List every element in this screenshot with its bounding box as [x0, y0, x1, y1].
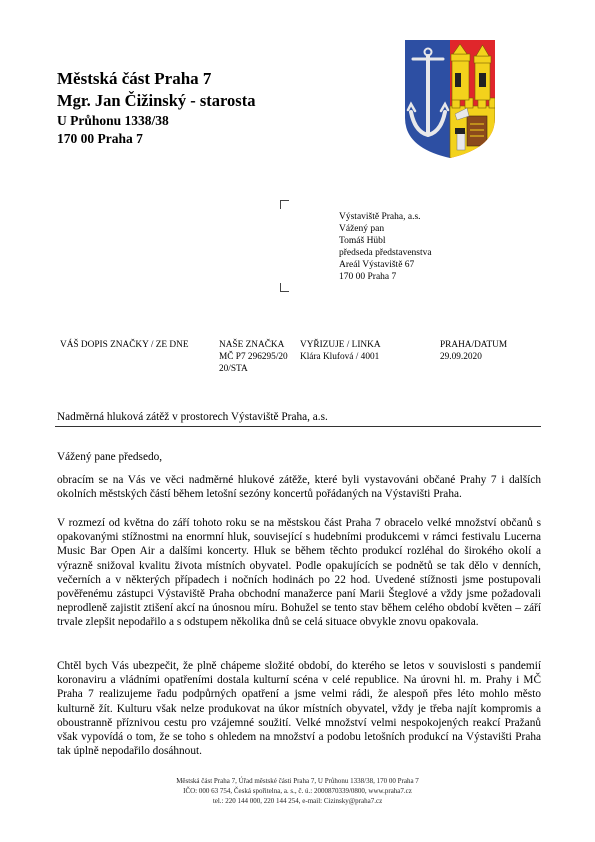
- footer-line: IČO: 000 63 754, Česká spořitelna, a. s.…: [100, 786, 495, 796]
- our-reference-value: MČ P7 296295/2020/STA: [219, 351, 289, 375]
- date-value: 29.09.2020: [440, 351, 507, 363]
- your-reference-label: VÁŠ DOPIS ZNAČKY / ZE DNE: [60, 339, 189, 351]
- footer-line: Městská část Praha 7, Úřad městské části…: [100, 776, 495, 786]
- salutation: Vážený pane předsedo,: [57, 451, 162, 463]
- recipient-line: Areál Výstaviště 67: [339, 259, 432, 271]
- letterhead-office: Městská část Praha 7: [57, 70, 211, 87]
- letterhead-city: 170 00 Praha 7: [57, 132, 143, 146]
- address-window-corner-top-left: [280, 200, 289, 209]
- page-footer: Městská část Praha 7, Úřad městské části…: [100, 776, 495, 806]
- recipient-line: Výstaviště Praha, a.s.: [339, 211, 432, 223]
- recipient-line: Vážený pan: [339, 223, 432, 235]
- body-paragraph: obracím se na Vás ve věci nadměrné hluko…: [57, 473, 541, 501]
- handled-by-value: Klára Klufová / 4001: [300, 351, 381, 363]
- recipient-line: předseda představenstva: [339, 247, 432, 259]
- footer-line: tel.: 220 144 000, 220 144 254, e-mail: …: [100, 796, 495, 806]
- recipient-address: Výstaviště Praha, a.s. Vážený pan Tomáš …: [339, 211, 432, 284]
- date-block: PRAHA/DATUM 29.09.2020: [440, 339, 507, 363]
- handled-by: VYŘIZUJE / LINKA Klára Klufová / 4001: [300, 339, 381, 363]
- our-reference: NAŠE ZNAČKA MČ P7 296295/2020/STA: [219, 339, 289, 375]
- date-label: PRAHA/DATUM: [440, 339, 507, 351]
- recipient-line: 170 00 Praha 7: [339, 271, 432, 283]
- praha-7-coat-of-arms-icon: [405, 40, 495, 158]
- body-paragraph: V rozmezí od května do září tohoto roku …: [57, 516, 541, 630]
- letterhead-sender: Mgr. Jan Čižinský - starosta: [57, 93, 255, 110]
- subject-divider: [55, 426, 541, 427]
- letter-subject: Nadměrná hluková zátěž v prostorech Výst…: [57, 411, 328, 423]
- your-reference: VÁŠ DOPIS ZNAČKY / ZE DNE: [60, 339, 189, 351]
- address-window-corner-bottom-left: [280, 283, 289, 292]
- body-paragraph: Chtěl bych Vás ubezpečit, že plně chápem…: [57, 659, 541, 758]
- letterhead-street: U Průhonu 1338/38: [57, 114, 169, 128]
- our-reference-label: NAŠE ZNAČKA: [219, 339, 289, 351]
- recipient-line: Tomáš Hübl: [339, 235, 432, 247]
- handled-by-label: VYŘIZUJE / LINKA: [300, 339, 381, 351]
